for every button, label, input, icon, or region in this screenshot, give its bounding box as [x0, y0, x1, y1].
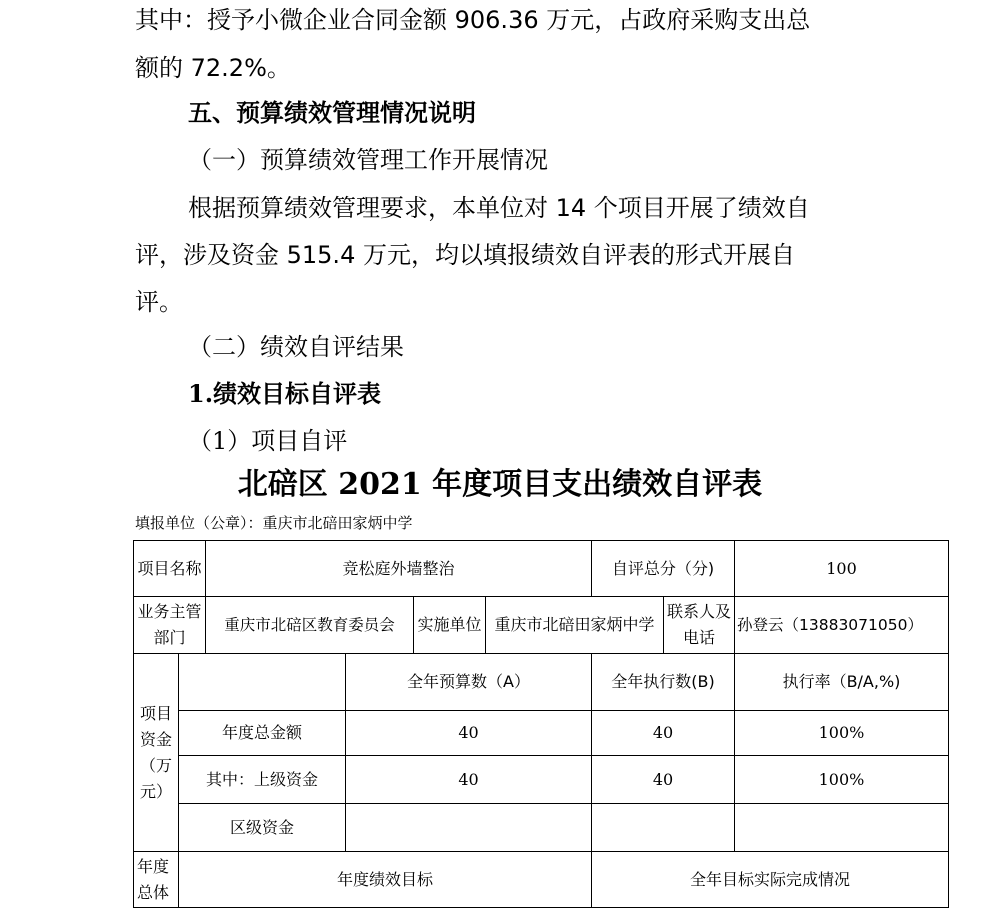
impl-label: 实施单位	[414, 597, 486, 654]
budget-value: 40	[346, 756, 592, 804]
executed-header: 全年执行数(B)	[592, 654, 735, 711]
table-row: 项目名称 竞松庭外墙整治 自评总分（分) 100	[134, 541, 949, 597]
budget-value: 40	[346, 711, 592, 756]
table-row: 其中：上级资金 40 40 100%	[134, 756, 949, 804]
executed-value: 40	[592, 756, 735, 804]
target-header: 年度绩效目标	[179, 852, 592, 908]
contact-label: 联系人及电话	[664, 597, 735, 654]
executed-value	[592, 804, 735, 852]
form-title: 北碚区 2021 年度项目支出绩效自评表	[0, 467, 1000, 503]
score-label: 自评总分（分)	[592, 541, 735, 597]
impl-value: 重庆市北碚田家炳中学	[486, 597, 664, 654]
budget-value	[346, 804, 592, 852]
contact-value: 孙登云（13883071050）	[735, 597, 949, 654]
sub-item-heading: （1）项目自评	[188, 427, 347, 455]
paragraph-line: 评。	[135, 288, 183, 316]
evaluation-table: 项目名称 竞松庭外墙整治 自评总分（分) 100 业务主管部门 重庆市北碚区教育…	[133, 540, 949, 908]
rate-header: 执行率（B/A,%)	[735, 654, 949, 711]
score-value: 100	[735, 541, 949, 597]
paragraph-line: 额的 72.2%。	[135, 54, 291, 82]
funds-header-blank	[179, 654, 346, 711]
paragraph-line: 其中：授予小微企业合同金额 906.36 万元，占政府采购支出总	[135, 6, 810, 34]
funds-row-label: 年度总金额	[179, 711, 346, 756]
rate-value: 100%	[735, 756, 949, 804]
subsection-heading: （二）绩效自评结果	[188, 333, 404, 361]
table-row: 区级资金	[134, 804, 949, 852]
funds-row-label: 其中：上级资金	[179, 756, 346, 804]
funds-row-label: 区级资金	[179, 804, 346, 852]
goals-group-label: 年度总体	[134, 852, 179, 908]
section-heading: 五、预算绩效管理情况说明	[188, 99, 476, 127]
rate-value: 100%	[735, 711, 949, 756]
subsection-heading: （一）预算绩效管理工作开展情况	[188, 146, 548, 174]
project-name-value: 竞松庭外墙整治	[206, 541, 592, 597]
rate-value	[735, 804, 949, 852]
budget-header: 全年预算数（A）	[346, 654, 592, 711]
item-heading: 1.绩效目标自评表	[188, 380, 381, 408]
paragraph-line: 根据预算绩效管理要求，本单位对 14 个项目开展了绩效自	[188, 194, 810, 222]
funds-group-label: 项目资金（万元）	[134, 654, 179, 852]
table-row: 年度总金额 40 40 100%	[134, 711, 949, 756]
table-row: 业务主管部门 重庆市北碚区教育委员会 实施单位 重庆市北碚田家炳中学 联系人及电…	[134, 597, 949, 654]
paragraph-line: 评，涉及资金 515.4 万元，均以填报绩效自评表的形式开展自	[135, 241, 795, 269]
dept-label: 业务主管部门	[134, 597, 206, 654]
project-name-label: 项目名称	[134, 541, 206, 597]
table-row: 年度总体 年度绩效目标 全年目标实际完成情况	[134, 852, 949, 908]
table-row: 项目资金（万元） 全年预算数（A） 全年执行数(B) 执行率（B/A,%)	[134, 654, 949, 711]
fill-unit-label: 填报单位（公章）：重庆市北碚田家炳中学	[135, 513, 413, 533]
actual-header: 全年目标实际完成情况	[592, 852, 949, 908]
executed-value: 40	[592, 711, 735, 756]
dept-value: 重庆市北碚区教育委员会	[206, 597, 414, 654]
